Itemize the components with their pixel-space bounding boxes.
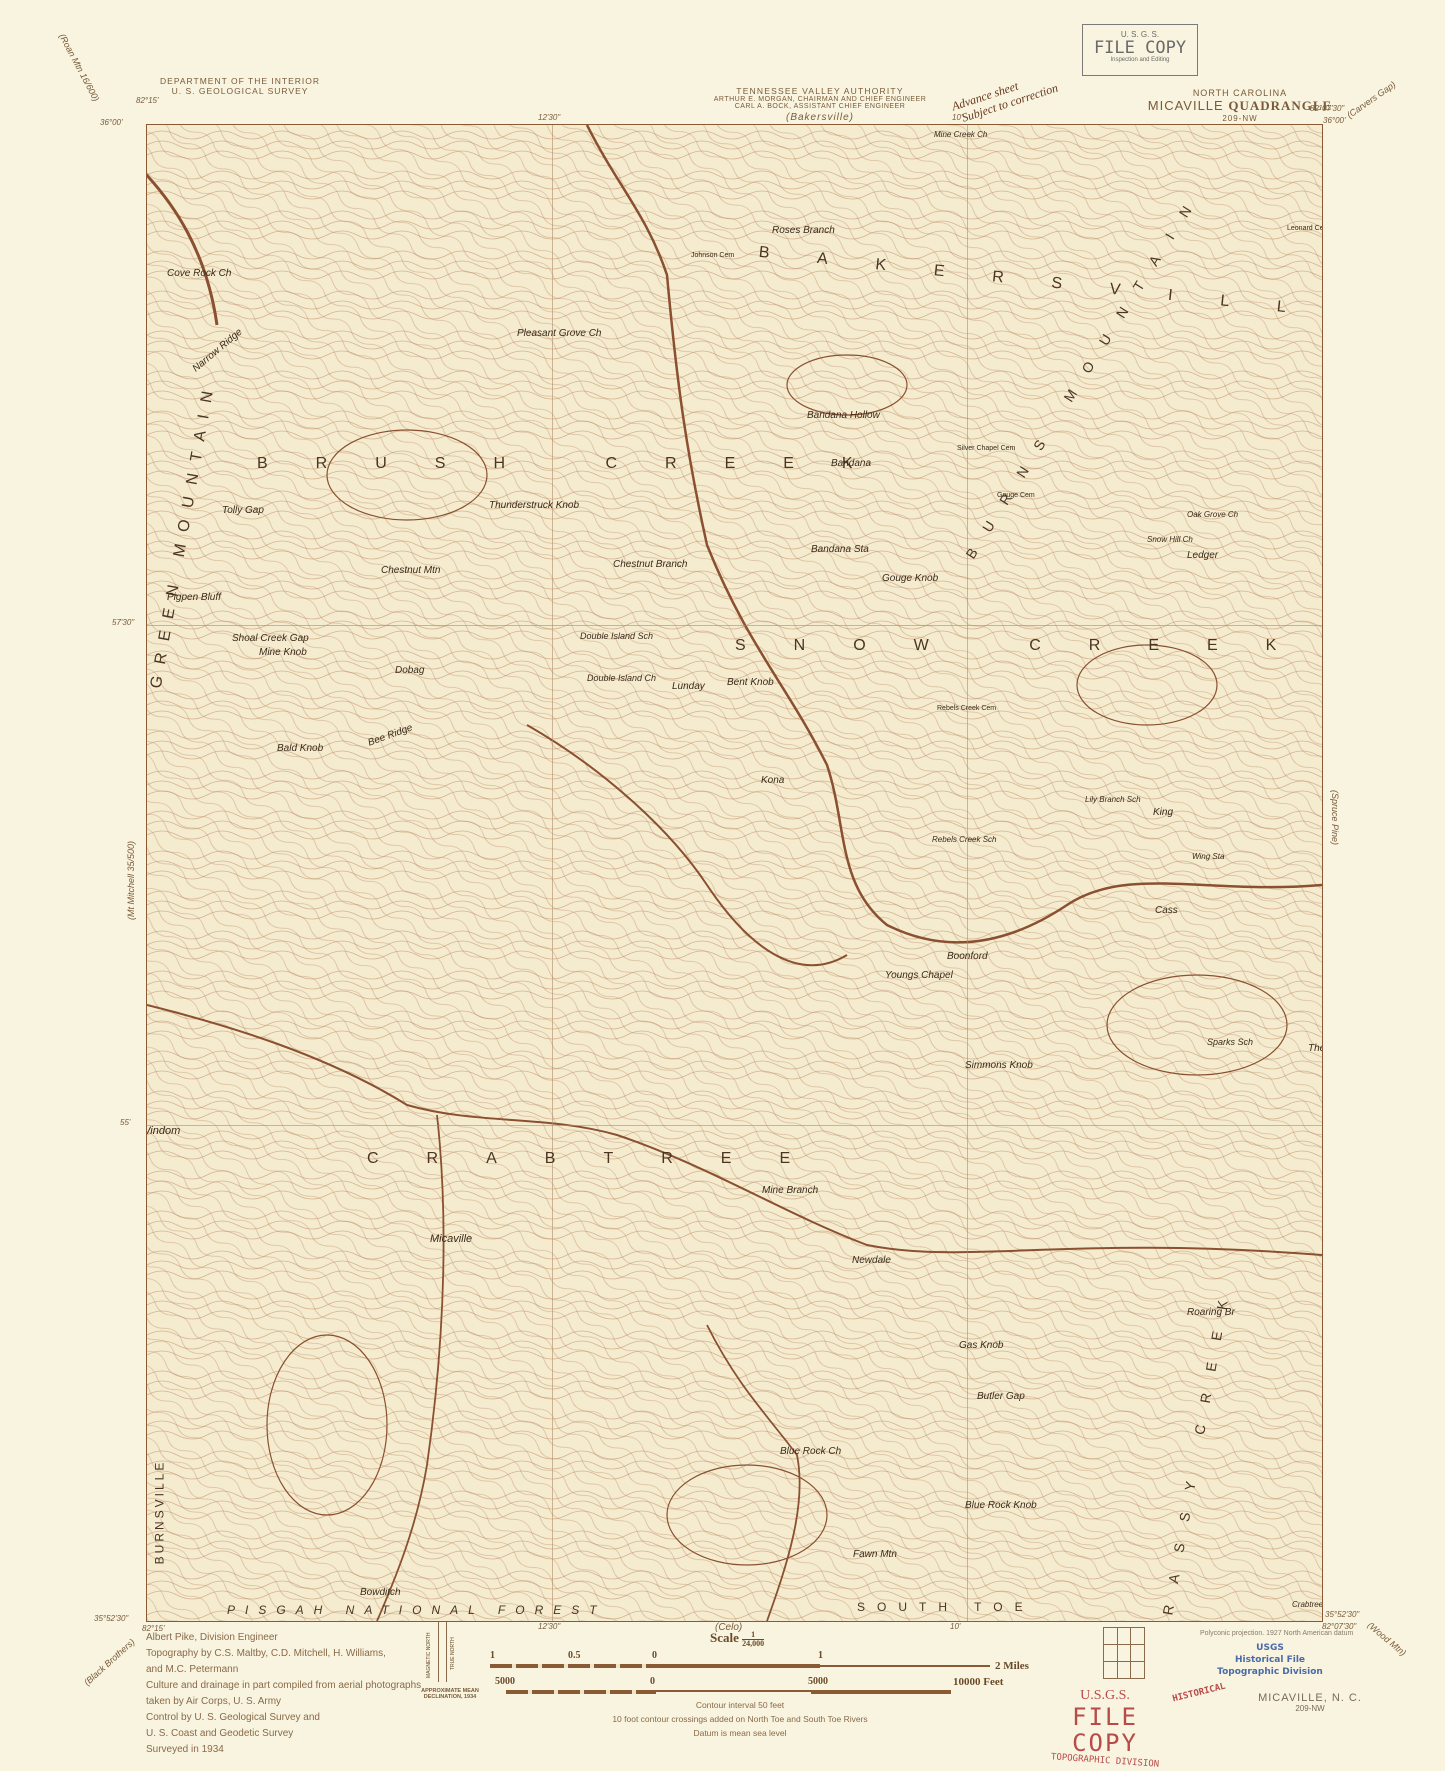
stamp-file-copy: FILE COPY — [1083, 39, 1197, 57]
place-cass: Cass — [1155, 905, 1178, 916]
file-copy-stamp-top: U. S. G. S. FILE COPY Inspection and Edi… — [1082, 24, 1198, 76]
place-youngs-chapel: Youngs Chapel — [885, 970, 953, 981]
place-blue-rock-knob: Blue Rock Knob — [965, 1500, 1037, 1511]
declination-caption: APPROXIMATE MEAN DECLINATION, 1934 — [410, 1688, 490, 1700]
miles-bar-left — [490, 1664, 655, 1668]
place-windom: Windom — [146, 1125, 180, 1137]
place-shoal-creek-gap: Shoal Creek Gap — [232, 633, 309, 644]
place-lunday: Lunday — [672, 681, 705, 692]
projection-note: Polyconic projection. 1927 North America… — [1200, 1630, 1353, 1637]
adjacent-sheet-w: (Mt Mitchell 35/500) — [126, 841, 136, 920]
file-copy-stamp-bottom: U.S.G.S. FILE COPY TOPOGRAPHIC DIVISION — [1035, 1688, 1175, 1766]
place-roses-branch: Roses Branch — [772, 225, 835, 236]
adjacent-sheet-sw: (Black Brothers) — [82, 1637, 137, 1688]
place-bald-knob: Bald Knob — [277, 743, 323, 754]
miles-bar-right — [820, 1665, 990, 1667]
feet-label-5000: 5000 — [808, 1676, 828, 1687]
adjacent-sheet-nw: (Roan Mtn 16/600) — [57, 32, 101, 103]
region-brush-creek: BRUSH CREEK — [257, 455, 901, 473]
grid-line-5730 — [147, 625, 1322, 626]
adjacent-sheet-se: (Wood Mtn) — [1366, 1620, 1408, 1658]
scale-ratio-denominator: 24,000 — [742, 1640, 764, 1648]
declination-caption-2: DECLINATION, 1934 — [410, 1694, 490, 1700]
credit-control: Control by U. S. Geological Survey and — [146, 1710, 486, 1726]
bottom-tick-10: 10' — [950, 1622, 960, 1631]
place-mine-branch: Mine Branch — [762, 1185, 818, 1196]
survey-label: U. S. GEOLOGICAL SURVEY — [140, 86, 340, 96]
place-rebels-creek-cem: Rebels Creek Cem — [937, 705, 996, 712]
place-bandana-sta: Bandana Sta — [811, 544, 869, 555]
historical-stamp: HISTORICAL — [1172, 1682, 1227, 1705]
place-mine-creek-ch: Mine Creek Ch — [934, 130, 987, 139]
adjacent-sheet-e: (Spruce Pine) — [1330, 790, 1340, 845]
corner-ne-lon: 82°07'30" — [1310, 104, 1344, 113]
place-bandana-hollow: Bandana Hollow — [807, 410, 880, 421]
place-thunderstruck-knob: Thunderstruck Knob — [489, 500, 579, 511]
place-silver-chapel-cem: Silver Chapel Cem — [957, 445, 1015, 452]
magnetic-north-arrow — [438, 1622, 439, 1682]
place-the-peak: The Peak — [1308, 1043, 1323, 1054]
place-fawn-mtn: Fawn Mtn — [853, 1549, 897, 1560]
quadrangle-index-map — [1103, 1627, 1145, 1679]
place-chestnut-branch: Chestnut Branch — [613, 559, 688, 570]
corner-sw-lat: 35°52'30" — [94, 1614, 128, 1623]
corner-ne-lat: 36°00' — [1323, 116, 1346, 125]
quadrangle-name: MICAVILLE — [1148, 98, 1224, 113]
grid-line-1230 — [552, 125, 553, 1621]
feet-bar-right — [811, 1690, 951, 1694]
feet-label-0: 0 — [650, 1676, 655, 1687]
datum-note: Datum is mean sea level — [560, 1726, 920, 1740]
place-gas-knob: Gas Knob — [959, 1340, 1003, 1351]
grid-line-10 — [967, 125, 968, 1621]
place-chestnut-mtn: Chestnut Mtn — [381, 565, 440, 576]
sheet-code: 209-NW — [1140, 114, 1340, 123]
contour-interval: Contour interval 50 feet — [560, 1698, 920, 1712]
true-north-label: TRUE NORTH — [450, 1637, 456, 1670]
scale-word: Scale — [710, 1630, 739, 1645]
place-pleasant-grove-ch: Pleasant Grove Ch — [517, 328, 602, 339]
place-snow-hill-ch: Snow Hill Ch — [1147, 535, 1193, 544]
region-burnsville: BURNSVILLE — [152, 1460, 166, 1565]
department-header: DEPARTMENT OF THE INTERIOR U. S. GEOLOGI… — [140, 76, 340, 96]
adjacent-sheet-ne: (Carvers Gap) — [1345, 79, 1397, 120]
top-tick-10: 10' — [952, 113, 962, 122]
corner-nw-lat: 36°00' — [100, 118, 123, 127]
feet-bar-mid — [656, 1690, 811, 1692]
place-simmons-knob: Simmons Knob — [965, 1060, 1033, 1071]
credit-surveyed: Surveyed in 1934 — [146, 1742, 486, 1758]
place-ledger: Ledger — [1187, 550, 1218, 561]
credit-control-2: U. S. Coast and Geodetic Survey — [146, 1726, 486, 1742]
feet-label-10000: 10000 Feet — [953, 1676, 1003, 1688]
miles-label-2: 2 Miles — [995, 1660, 1029, 1672]
region-south-toe: SOUTH TOE — [857, 1600, 1035, 1614]
scale-title: Scale 1 24,000 — [710, 1630, 764, 1648]
file-copy-usgs: U.S.G.S. — [1035, 1688, 1175, 1704]
footer-code: 209-NW — [1250, 1704, 1370, 1713]
place-crabtree-mtn: Crabtree Mtn — [1292, 1600, 1323, 1609]
place-bowditch: Bowditch — [360, 1587, 401, 1598]
corner-nw-lon: 82°15' — [136, 96, 159, 105]
place-butler-gap: Butler Gap — [977, 1391, 1025, 1402]
place-mine-knob: Mine Knob — [259, 647, 307, 658]
magnetic-north-label: MAGNETIC NORTH — [426, 1633, 432, 1678]
place-double-island-sch: Double Island Sch — [580, 631, 653, 641]
miles-label-1b: 1 — [818, 1650, 823, 1661]
corner-se-lat: 35°52'30" — [1325, 1610, 1359, 1619]
miles-label-0: 0 — [652, 1650, 657, 1661]
place-lily-branch-sch: Lily Branch Sch — [1085, 795, 1141, 804]
place-roaring-br: Roaring Br — [1187, 1307, 1235, 1318]
place-wing-sta: Wing Sta — [1192, 852, 1224, 861]
bottom-tick-1230: 12'30" — [538, 1622, 560, 1631]
region-pisgah-national-forest: PISGAH NATIONAL FOREST — [227, 1603, 607, 1617]
place-sparks-sch: Sparks Sch — [1207, 1037, 1253, 1047]
contour-lines — [147, 125, 1322, 1621]
historical-file-usgs: USGS — [1215, 1642, 1325, 1654]
place-johnson-cem: Johnson Cem — [691, 252, 734, 259]
region-crabtree: CRABTREE — [367, 1150, 838, 1168]
grid-line-55 — [147, 1125, 1322, 1126]
place-boonford: Boonford — [947, 951, 988, 962]
footer-quad-name: MICAVILLE, N. C. 209-NW — [1250, 1692, 1370, 1713]
place-gouge-knob: Gouge Knob — [882, 573, 938, 584]
place-newdale: Newdale — [852, 1255, 891, 1266]
side-tick-5730: 57'30" — [112, 618, 134, 627]
department-label: DEPARTMENT OF THE INTERIOR — [140, 76, 340, 86]
historical-file-label: Historical File — [1215, 1654, 1325, 1666]
historical-file-stamp: USGS Historical File Topographic Divisio… — [1215, 1642, 1325, 1678]
place-pigpen-bluff: Pigpen Bluff — [167, 592, 221, 603]
place-double-island-ch: Double Island Ch — [587, 673, 656, 683]
place-gouge-cem: Gouge Cem — [997, 492, 1035, 499]
place-rebels-creek-sch: Rebels Creek Sch — [932, 835, 996, 844]
region-snow-creek: SNOW CREEK — [735, 637, 1323, 655]
place-cove-rock-ch: Cove Rock Ch — [167, 268, 231, 279]
place-kona: Kona — [761, 775, 784, 786]
miles-label-1: 1 — [490, 1650, 495, 1661]
place-bent-knob: Bent Knob — [727, 677, 774, 688]
place-tolly-gap: Tolly Gap — [222, 505, 264, 516]
place-king: King — [1153, 807, 1173, 818]
miles-label-05: 0.5 — [568, 1650, 581, 1661]
place-bandana: Bandana — [831, 458, 871, 469]
footer-name: MICAVILLE, N. C. — [1250, 1692, 1370, 1704]
place-oak-grove-ch: Oak Grove Ch — [1187, 510, 1238, 519]
authority-label: TENNESSEE VALLEY AUTHORITY — [620, 86, 1020, 96]
contour-notes: Contour interval 50 feet 10 foot contour… — [560, 1698, 920, 1740]
top-tick-1230: 12'30" — [538, 113, 560, 122]
place-blue-rock-ch: Blue Rock Ch — [780, 1446, 841, 1457]
feet-bar-left — [506, 1690, 656, 1694]
true-north-arrow — [446, 1622, 447, 1682]
place-leonard-cem: Leonard Cem — [1287, 225, 1323, 232]
miles-bar-mid — [655, 1664, 820, 1668]
place-micaville: Micaville — [430, 1233, 472, 1245]
topographic-map[interactable]: BAKERSVILLE BRUSH CREEK SNOW CREEK CRABT… — [146, 124, 1323, 1622]
state-label: NORTH CAROLINA — [1140, 88, 1340, 98]
place-dobag: Dobag — [395, 665, 424, 676]
feet-label-5000-left: 5000 — [495, 1676, 515, 1687]
file-copy-label: FILE COPY — [1035, 1704, 1175, 1756]
historical-file-division: Topographic Division — [1215, 1666, 1325, 1678]
contour-note: 10 foot contour crossings added on North… — [560, 1712, 920, 1726]
side-tick-55: 55' — [120, 1118, 130, 1127]
